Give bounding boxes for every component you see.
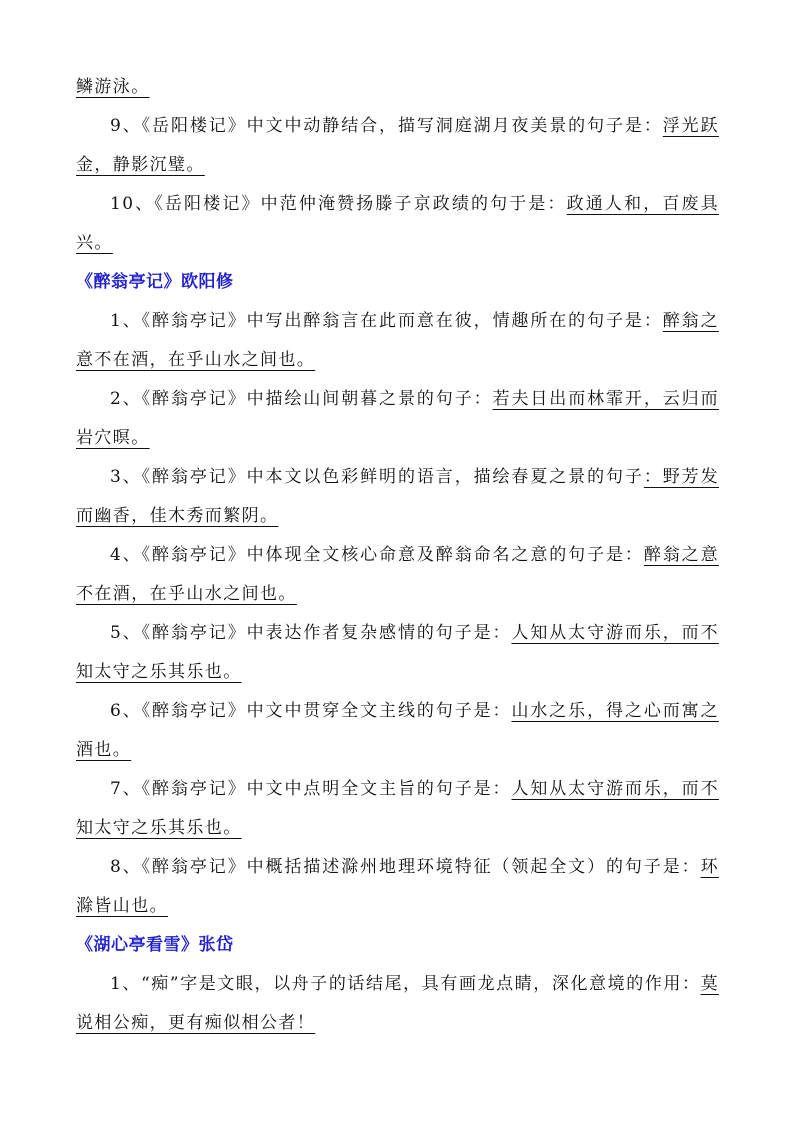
question-text: 10、《岳阳楼记》中范仲淹赞扬滕子京政绩的句于是： (110, 194, 567, 214)
question-text: 8、《醉翁亭记》中概括描述滁州地理环境特征（领起全文）的句子是： (110, 857, 701, 877)
question-text: 3、《醉翁亭记》中本文以色彩鲜明的语言，描绘春夏之景的句子 (110, 467, 644, 487)
list-item: 6、《醉翁亭记》中文中贯穿全文主线的句子是：山水之乐，得之心而寓之酒也。 (76, 692, 719, 770)
list-item: 8、《醉翁亭记》中概括描述滁州地理环境特征（领起全文）的句子是：环滁皆山也。 (76, 848, 719, 926)
section-heading: 《醉翁亭记》欧阳修 (76, 263, 719, 302)
list-item: 7、《醉翁亭记》中文中点明全文主旨的句子是：人知从太守游而乐，而不知太守之乐其乐… (76, 770, 719, 848)
section-heading: 《湖心亭看雪》张岱 (76, 926, 719, 965)
list-item: 10、《岳阳楼记》中范仲淹赞扬滕子京政绩的句于是：政通人和，百废具兴。 (76, 185, 719, 263)
question-text: 7、《醉翁亭记》中文中点明全文主旨的句子是： (110, 779, 511, 799)
question-text: 1、“痴”字是文眼，以舟子的话结尾，具有画龙点睛，深化意境的作用： (110, 974, 701, 994)
question-text: 4、《醉翁亭记》中体现全文核心命意及醉翁命名之意的句子是： (110, 545, 644, 565)
list-item: 1、“痴”字是文眼，以舟子的话结尾，具有画龙点睛，深化意境的作用：莫说相公痴，更… (76, 965, 719, 1043)
list-item: 鳞游泳。 (76, 68, 719, 107)
list-item: 9、《岳阳楼记》中文中动静结合，描写洞庭湖月夜美景的句子是：浮光跃金，静影沉璧。 (76, 107, 719, 185)
question-text: 6、《醉翁亭记》中文中贯穿全文主线的句子是： (110, 701, 511, 721)
document-page: 鳞游泳。 9、《岳阳楼记》中文中动静结合，描写洞庭湖月夜美景的句子是：浮光跃金，… (76, 68, 719, 1043)
list-item: 4、《醉翁亭记》中体现全文核心命意及醉翁命名之意的句子是：醉翁之意不在酒，在乎山… (76, 536, 719, 614)
list-item: 2、《醉翁亭记》中描绘山间朝暮之景的句子：若夫日出而林霏开，云归而岩穴暝。 (76, 380, 719, 458)
question-text: 1、《醉翁亭记》中写出醉翁言在此而意在彼，情趣所在的句子是： (110, 311, 663, 331)
list-item: 3、《醉翁亭记》中本文以色彩鲜明的语言，描绘春夏之景的句子：野芳发而幽香，佳木秀… (76, 458, 719, 536)
list-item: 5、《醉翁亭记》中表达作者复杂感情的句子是：人知从太守游而乐，而不知太守之乐其乐… (76, 614, 719, 692)
question-text: 2、《醉翁亭记》中描绘山间朝暮之景的句子： (110, 389, 493, 409)
answer-text: 鳞游泳。 (76, 77, 150, 97)
question-text: 9、《岳阳楼记》中文中动静结合，描写洞庭湖月夜美景的句子是： (110, 116, 663, 136)
list-item: 1、《醉翁亭记》中写出醉翁言在此而意在彼，情趣所在的句子是：醉翁之意不在酒，在乎… (76, 302, 719, 380)
question-text: 5、《醉翁亭记》中表达作者复杂感情的句子是： (110, 623, 511, 643)
